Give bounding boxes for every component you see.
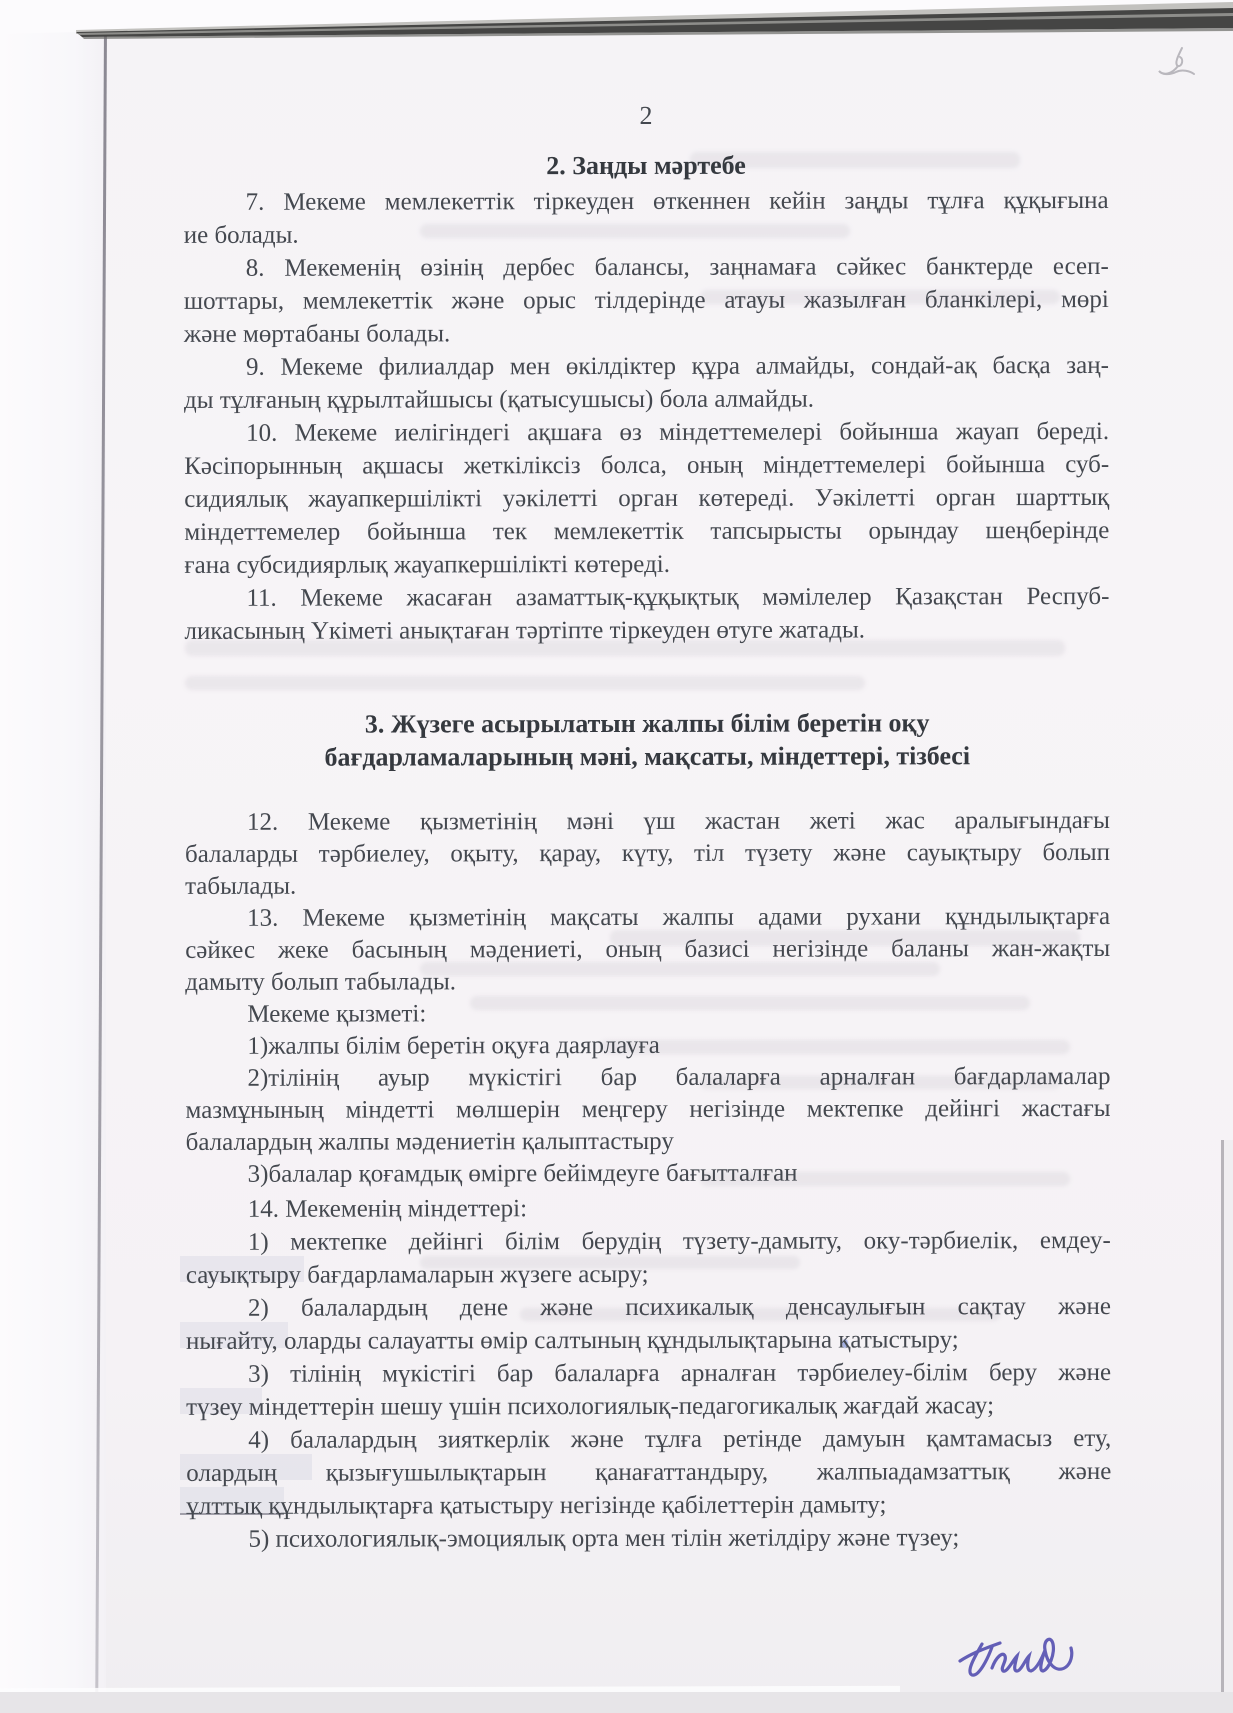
section-heading-legal-status: 2. Заңды мәртебе <box>184 148 1109 183</box>
text-line: балалардың жалпы мәдениетін қалыптастыру <box>186 1125 1111 1159</box>
text-line: 1)жалпы білім беретін оқуға даярлауға <box>185 1029 1110 1063</box>
text-line: сәйкес жеке басының мәдениеті, оның бази… <box>185 933 1110 967</box>
text-line: және мөртабаны болады. <box>184 316 1109 351</box>
text-line: 7. Мекеме мемлекеттік тіркеуден өткеннен… <box>184 184 1109 219</box>
text-line: 4) балалардың зияткерлік және тұлға реті… <box>186 1422 1111 1457</box>
text-line: ие болады. <box>184 217 1109 252</box>
text-line: дамыту болып табылады. <box>185 965 1110 999</box>
text-line: 9. Мекеме филиалдар мен өкілдіктер құра … <box>184 349 1109 384</box>
pencil-mark-icon <box>1152 44 1200 88</box>
document-content: 2 2. Заңды мәртебе 7. Мекеме мемлекеттік… <box>0 0 1233 1713</box>
text-line: 3) тілінің мүкістігі бар балаларға арнал… <box>186 1356 1111 1391</box>
heading-line-1: 3. Жүзеге асырылатын жалпы білім беретін… <box>185 706 1110 741</box>
text-line: 8. Мекеменің өзінің дербес балансы, заңн… <box>184 250 1109 285</box>
text-line: 11. Мекеме жасаған азаматтық-құқықтық мә… <box>184 580 1109 615</box>
text-line: ликасының Үкіметі анықтаған тәртіпте тір… <box>184 613 1109 648</box>
text-line: түзеу міндеттерін шешу үшін психологиялы… <box>186 1389 1111 1424</box>
text-line: балаларды тәрбиелеу, оқыту, қарау, күту,… <box>185 837 1110 871</box>
text-line: 10. Мекеме иелігіндегі ақшаға өз міндетт… <box>184 415 1109 450</box>
text-line: 13. Мекеме қызметінің мақсаты жалпы адам… <box>185 901 1110 935</box>
signature-icon <box>952 1622 1092 1694</box>
text-line: олардың қызығушылықтарын қанағаттандыру,… <box>186 1455 1111 1490</box>
text-line: ды тұлғаның құрылтайшысы (қатысушысы) бо… <box>184 382 1109 417</box>
text-line: 2) балалардың дене және психикалық денса… <box>186 1290 1111 1325</box>
text-line: мазмұнының міндетті мөлшерін меңгеру нег… <box>185 1093 1110 1127</box>
text-line: Мекеме қызметі: <box>185 997 1110 1031</box>
text-line: сауықтыру бағдарламаларын жүзеге асыру; <box>186 1257 1111 1292</box>
scanner-edge-band <box>0 0 1233 44</box>
page-number: 2 <box>183 100 1108 132</box>
text-line: табылады. <box>185 869 1110 903</box>
text-line: 2)тілінің ауыр мүкістігі бар балаларға а… <box>185 1061 1110 1095</box>
section-heading-programs: 3. Жүзеге асырылатын жалпы білім беретін… <box>185 706 1110 774</box>
text-line: сидиялық жауапкершілікті уәкілетті орган… <box>184 481 1109 516</box>
text-line: нығайту, оларды салауатты өмір салтының … <box>186 1323 1111 1358</box>
text-line: міндеттемелер бойынша тек мемлекеттік та… <box>184 514 1109 549</box>
text-line: 14. Мекеменің міндеттері: <box>186 1191 1111 1226</box>
scanned-document-page: 2 2. Заңды мәртебе 7. Мекеме мемлекеттік… <box>0 0 1233 1713</box>
text-line: шоттары, мемлекеттік және орыс тілдерінд… <box>184 283 1109 318</box>
text-line: ұлттық құндылықтарға қатыстыру негізінде… <box>186 1488 1111 1523</box>
text-line: 5) психологиялық-эмоциялық орта мен тілі… <box>186 1521 1111 1556</box>
text-line: Кәсіпорынның ақшасы жеткіліксіз болса, о… <box>184 448 1109 483</box>
section-programs-body-lower: 14. Мекеменің міндеттері:1) мектепке дей… <box>186 1191 1112 1556</box>
text-line: ғана субсидиярлық жауапкершілікті көтере… <box>184 547 1109 582</box>
section-legal-status-body: 7. Мекеме мемлекеттік тіркеуден өткеннен… <box>184 184 1110 648</box>
text-line: 3)балалар қоғамдық өмірге бейімдеуге бағ… <box>186 1157 1111 1191</box>
text-line: 1) мектепке дейінгі білім берудің түзету… <box>186 1224 1111 1259</box>
section-programs-body-upper: 12. Мекеме қызметінің мәні үш жастан жет… <box>185 805 1111 1191</box>
text-line: 12. Мекеме қызметінің мәні үш жастан жет… <box>185 805 1110 839</box>
heading-line-2: бағдарламаларының мәні, мақсаты, міндетт… <box>185 739 1110 774</box>
